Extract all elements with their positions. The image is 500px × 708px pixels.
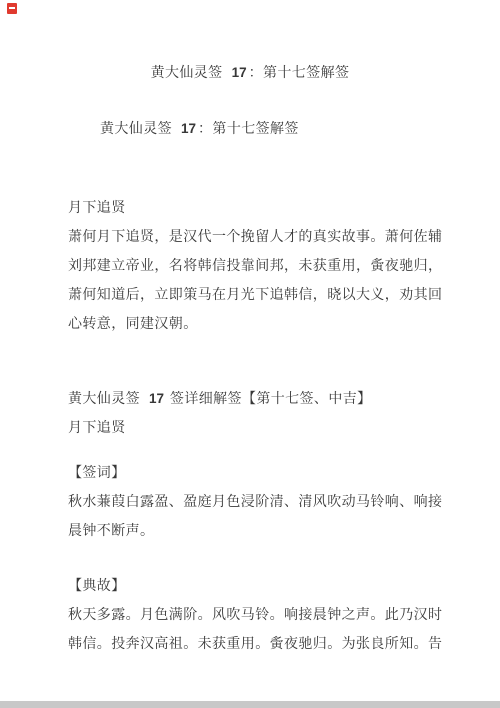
section-diangu: 【典故】 秋天多露。月色满阶。风吹马铃。响接晨钟之声。此乃汉时 韩信。投奔汉高祖… <box>68 572 440 659</box>
detail-heading-prefix: 黄大仙灵签 <box>68 392 140 407</box>
story-line: 萧何知道后，立即策马在月光下追韩信，晓以大义，劝其回 <box>68 281 440 310</box>
story-heading: 月下追贤 <box>68 194 440 223</box>
story-line: 刘邦建立帝业，名将韩信投靠间邦，未获重用，夤夜驰归， <box>68 252 440 281</box>
subtitle-suffix: ：第十七签解签 <box>198 122 299 137</box>
detail-heading-number: 17 <box>149 391 164 406</box>
red-corner-mark-icon <box>7 3 17 14</box>
section-line: 晨钟不断声。 <box>68 517 440 546</box>
title-number: 17 <box>232 65 247 80</box>
section-label: 【签词】 <box>68 459 440 488</box>
detail-heading: 黄大仙灵签17 签详细解签【第十七签、中吉】 <box>68 384 440 414</box>
section-label: 【典故】 <box>68 572 440 601</box>
subtitle-number: 17 <box>181 121 196 136</box>
title-suffix: ：第十七签解签 <box>249 66 350 81</box>
document-page: 黄大仙灵签17：第十七签解签 黄大仙灵签17：第十七签解签 月下追贤 萧何月下追… <box>0 0 500 708</box>
page-title: 黄大仙灵签17：第十七签解签 <box>60 58 440 88</box>
section-line: 韩信。投奔汉高祖。未获重用。夤夜驰归。为张良所知。告 <box>68 630 440 659</box>
story-line: 萧何月下追贤，是汉代一个挽留人才的真实故事。萧何佐辅 <box>68 223 440 252</box>
section-line: 秋水蒹葭白露盈、盈庭月色浸阶清、清风吹动马铃响、响接 <box>68 488 440 517</box>
section-line: 秋天多露。月色满阶。风吹马铃。响接晨钟之声。此乃汉时 <box>68 601 440 630</box>
story-line: 心转意，同建汉朝。 <box>68 310 440 339</box>
detail-heading-suffix: 签详细解签【第十七签、中吉】 <box>166 392 372 407</box>
page-bottom-edge <box>0 701 500 708</box>
section-qianci: 【签词】 秋水蒹葭白露盈、盈庭月色浸阶清、清风吹动马铃响、响接 晨钟不断声。 <box>68 459 440 546</box>
subtitle-prefix: 黄大仙灵签 <box>100 122 172 137</box>
story-paragraph: 萧何月下追贤，是汉代一个挽留人才的真实故事。萧何佐辅 刘邦建立帝业，名将韩信投靠… <box>68 223 440 339</box>
title-prefix: 黄大仙灵签 <box>151 66 223 81</box>
detail-subheading: 月下追贤 <box>68 414 440 443</box>
page-subtitle: 黄大仙灵签17：第十七签解签 <box>100 114 440 144</box>
